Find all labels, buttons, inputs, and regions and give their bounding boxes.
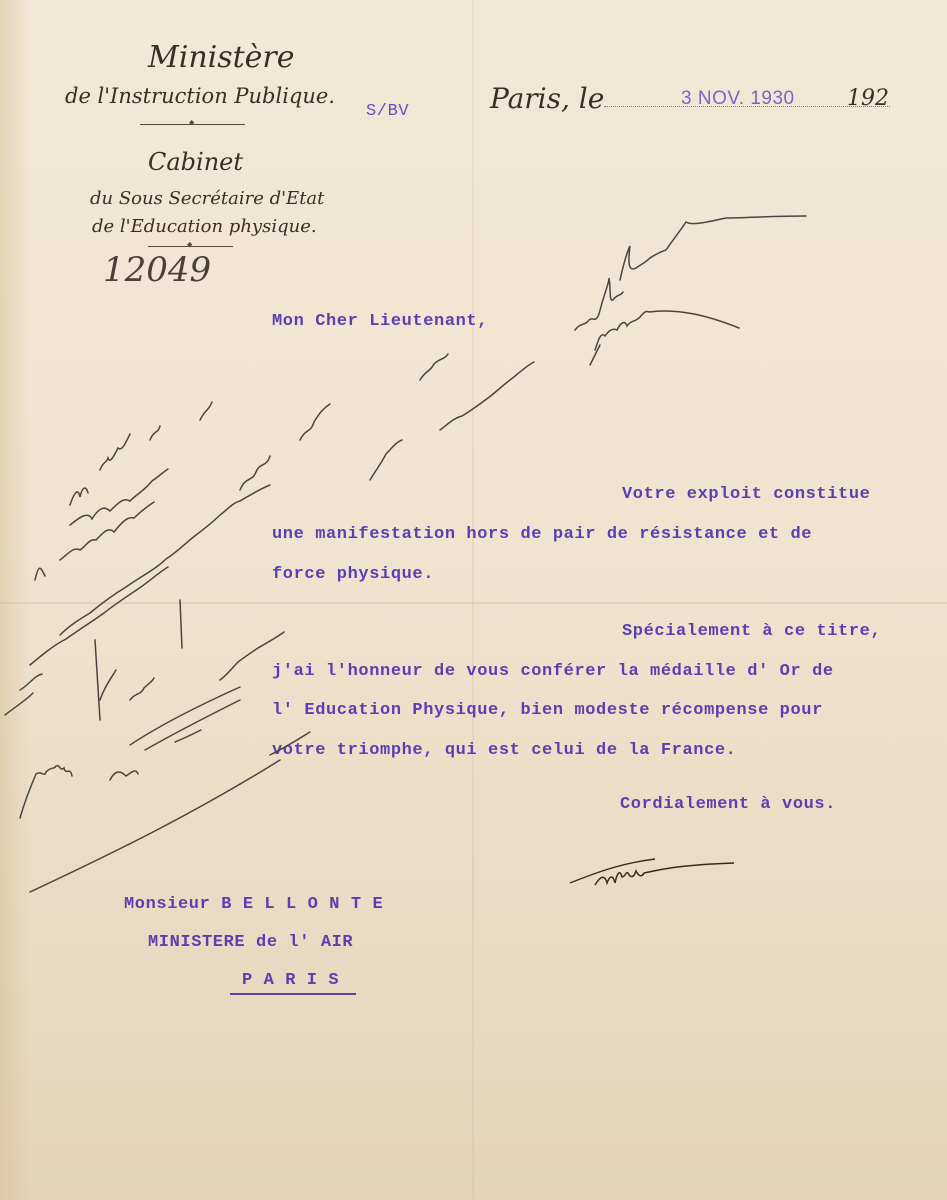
- letter-paper: Ministère de l'Instruction Publique. ◆ C…: [0, 0, 947, 1200]
- pencil-annotations: [0, 0, 947, 1200]
